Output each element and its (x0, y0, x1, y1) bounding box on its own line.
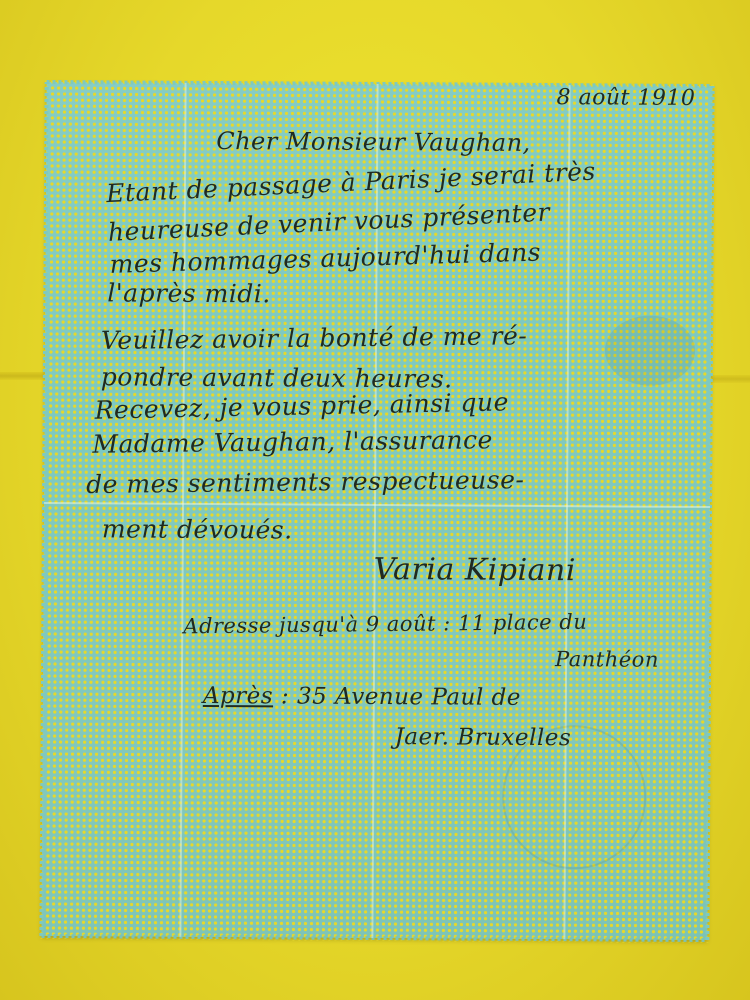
letter-line: de mes sentiments respectueuse- (86, 465, 525, 499)
letter-line: ment dévoués. (102, 514, 293, 544)
address-label: Après (203, 683, 273, 709)
address-text: : 35 Avenue Paul de (273, 683, 521, 711)
fold-line (44, 502, 710, 508)
paper-stain (605, 315, 695, 386)
letter-line: Recevez, je vous prie, ainsi que (94, 387, 509, 424)
letter-line: l'après midi. (107, 278, 271, 308)
salutation: Cher Monsieur Vaughan, (216, 127, 531, 157)
letter-card: 8 août 1910 Cher Monsieur Vaughan, Etant… (41, 82, 712, 940)
letter-line: Veuillez avoir la bonté de me ré- (101, 321, 528, 355)
letter-date: 8 août 1910 (556, 85, 695, 111)
address-line: Après : 35 Avenue Paul de (203, 683, 521, 711)
address-line: Panthéon (555, 647, 659, 672)
signature: Varia Kipiani (374, 552, 576, 588)
perforated-edge (39, 82, 48, 936)
address-line: Jaer. Bruxelles (395, 724, 572, 751)
fold-line (179, 83, 186, 937)
address-line: Adresse jusqu'à 9 août : 11 place du (183, 610, 587, 639)
perforated-edge (705, 86, 714, 940)
perforated-edge (41, 934, 707, 942)
letter-line: Madame Vaughan, l'assurance (92, 425, 493, 459)
